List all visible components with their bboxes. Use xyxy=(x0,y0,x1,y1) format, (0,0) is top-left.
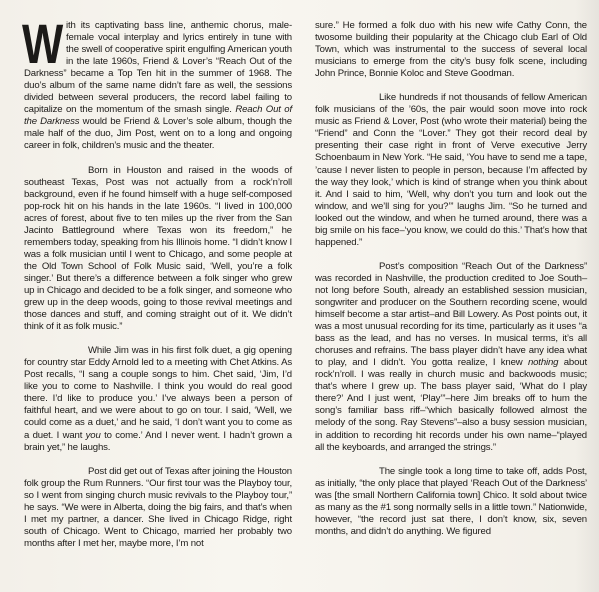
composition-italic: nothing xyxy=(528,357,558,368)
paragraph-friend-lover: Like hundreds if not thousands of fellow… xyxy=(315,92,587,249)
composition-text-before: Post’s composition “Reach Out of the Dar… xyxy=(315,261,587,368)
paragraph-single: The single took a long time to take off,… xyxy=(315,466,587,538)
liner-notes-page: With its captivating bass line, anthemic… xyxy=(0,0,599,592)
paragraph-houston: Born in Houston and raised in the woods … xyxy=(24,165,292,334)
left-column: With its captivating bass line, anthemic… xyxy=(24,20,292,562)
intro-text: ith its captivating bass line, anthemic … xyxy=(24,20,292,115)
intro-paragraph: With its captivating bass line, anthemic… xyxy=(24,20,292,153)
chet-italic: you xyxy=(86,430,101,441)
drop-cap: W xyxy=(22,22,52,68)
paragraph-rum-runners: Post did get out of Texas after joining … xyxy=(24,466,292,550)
composition-text-after: about rock’n’roll. I was really in churc… xyxy=(315,357,587,452)
paragraph-cathy-conn: sure.” He formed a folk duo with his new… xyxy=(315,20,587,80)
paragraph-chet-atkins: While Jim was in his first folk duet, a … xyxy=(24,345,292,453)
right-column: sure.” He formed a folk duo with his new… xyxy=(315,20,587,550)
chet-text-before: While Jim was in his first folk duet, a … xyxy=(24,345,292,440)
paragraph-composition: Post’s composition “Reach Out of the Dar… xyxy=(315,261,587,454)
